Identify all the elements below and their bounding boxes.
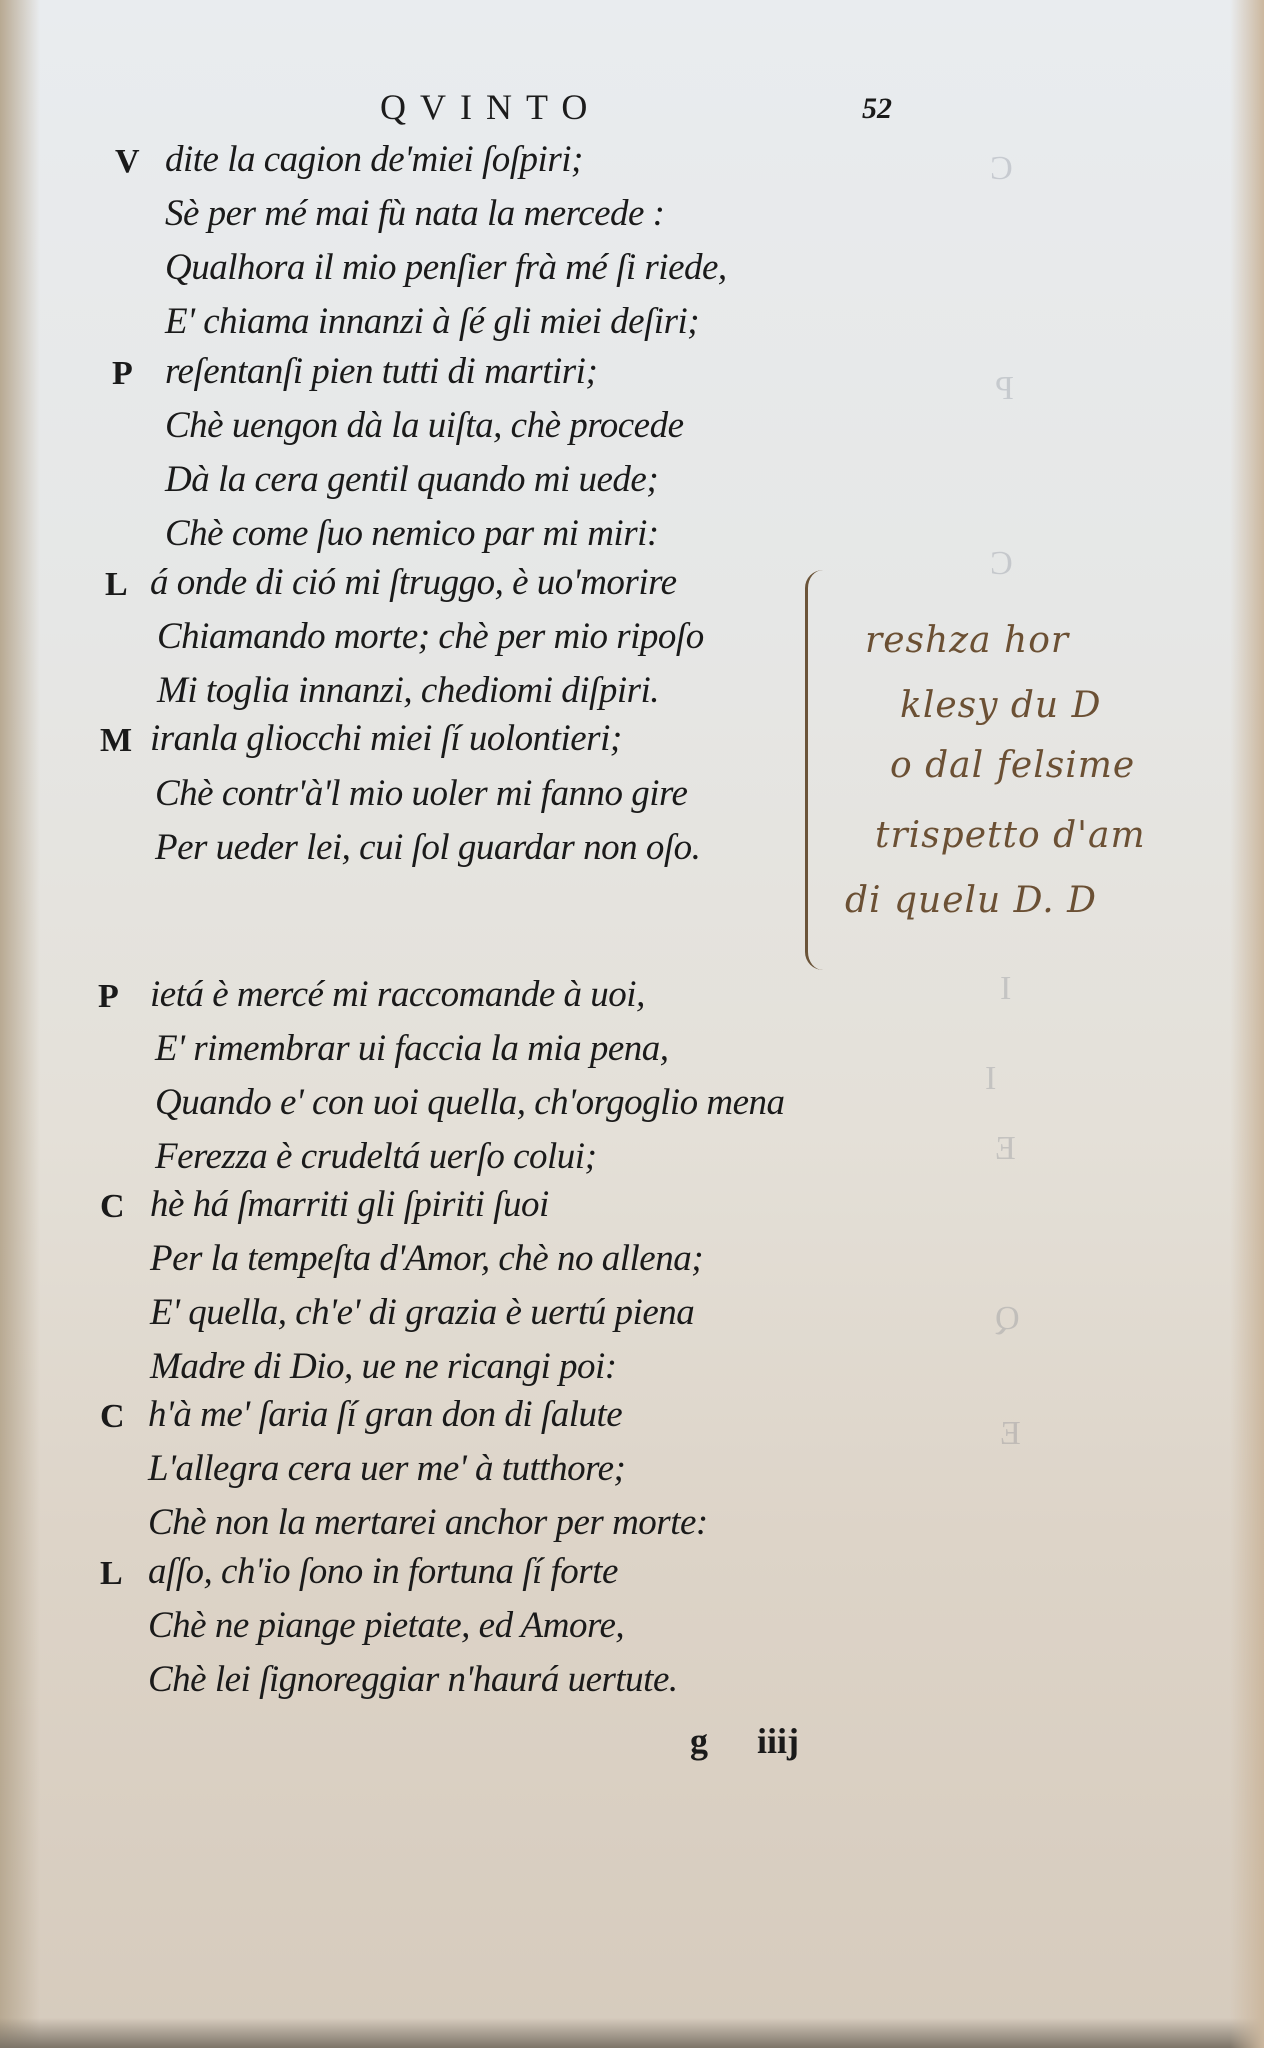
verse-line: Chè non la mertarei anchor per morte: [148, 1501, 708, 1544]
running-head: QVINTO [380, 86, 601, 128]
verse-line: iranla gliocchi miei ſí uolontieri; [150, 717, 622, 760]
show-through-letter: Q [995, 1300, 1020, 1338]
verse-line: L'allegra cera uer me' à tutthore; [148, 1447, 625, 1490]
verse-line: Chè uengon dà la uiſta, chè procede [165, 404, 684, 447]
verse-line: Quando e' con uoi quella, ch'orgoglio me… [155, 1081, 785, 1124]
verse-line: aſſo, ch'io ſono in fortuna ſí forte [148, 1550, 618, 1593]
annotation-line: trispetto d'am [875, 815, 1146, 856]
show-through-letter: P [995, 370, 1014, 408]
show-through-letter: C [990, 150, 1013, 188]
stanza-initial: P [112, 355, 133, 393]
annotation-line: reshza hor [865, 620, 1069, 661]
stanza-initial: L [105, 566, 128, 604]
verse-line: á onde di ció mi ſtruggo, è uo'morire [150, 561, 677, 604]
stanza-initial: V [115, 143, 140, 181]
verse-line: Chè contr'à'l mio uoler mi fanno gire [155, 772, 687, 815]
verse-line: Chè come ſuo nemico par mi miri: [165, 512, 659, 555]
marginal-annotation: reshza hor klesy du D o dal felsime tris… [805, 560, 1255, 980]
verse-line: Chiamando morte; chè per mio ripoſo [157, 615, 704, 658]
annotation-bracket [805, 570, 832, 970]
annotation-line: o dal felsime [890, 745, 1135, 786]
stanza-initial: P [98, 978, 119, 1016]
annotation-line: di quelu D. D [845, 880, 1097, 921]
verse-line: Ferezza è crudeltá uerſo colui; [155, 1135, 596, 1178]
signature-mark: g iiij [690, 1720, 799, 1762]
verse-line: Chè ne piange pietate, ed Amore, [148, 1604, 624, 1647]
verse-line: Qualhora il mio penſier frà mé ſi riede, [165, 246, 727, 289]
book-page: C P C I I E Q E QVINTO 52 V dite la cagi… [0, 0, 1264, 2048]
verse-line: Mi toglia innanzi, chediomi diſpiri. [157, 669, 659, 712]
annotation-line: klesy du D [900, 685, 1101, 726]
stanza-initial: C [100, 1398, 125, 1436]
verse-line: Chè lei ſignoreggiar n'haurá uertute. [148, 1658, 678, 1701]
verse-line: h'à me' ſaria ſí gran don di ſalute [148, 1393, 622, 1436]
stanza-initial: L [100, 1555, 123, 1593]
show-through-letter: E [1000, 1415, 1021, 1453]
verse-line: Dà la cera gentil quando mi uede; [165, 458, 658, 501]
verse-line: hè há ſmarriti gli ſpiriti ſuoi [150, 1183, 549, 1226]
verse-line: dite la cagion de'miei ſoſpiri; [165, 138, 583, 181]
verse-line: ietá è mercé mi raccomande à uoi, [150, 973, 645, 1016]
page-bottom-edge [0, 2018, 1264, 2048]
verse-line: Madre di Dio, ue ne ricangi poi: [150, 1345, 617, 1388]
verse-line: Sè per mé mai fù nata la mercede : [165, 192, 664, 235]
show-through-letter: I [985, 1060, 996, 1098]
verse-line: Per la tempeſta d'Amor, chè no allena; [150, 1237, 703, 1280]
verse-line: Per ueder lei, cui ſol guardar non oſo. [155, 826, 700, 869]
verse-line: E' quella, ch'e' di grazia è uertú piena [150, 1291, 694, 1334]
verse-line: E' rimembrar ui faccia la mia pena, [155, 1027, 669, 1070]
page-number: 52 [862, 92, 892, 126]
verse-line: reſentanſi pien tutti di martiri; [165, 350, 597, 393]
stanza-initial: C [100, 1188, 125, 1226]
stanza-initial: M [100, 722, 132, 760]
verse-line: E' chiama innanzi à ſé gli miei deſiri; [165, 300, 699, 343]
show-through-letter: E [995, 1130, 1016, 1168]
